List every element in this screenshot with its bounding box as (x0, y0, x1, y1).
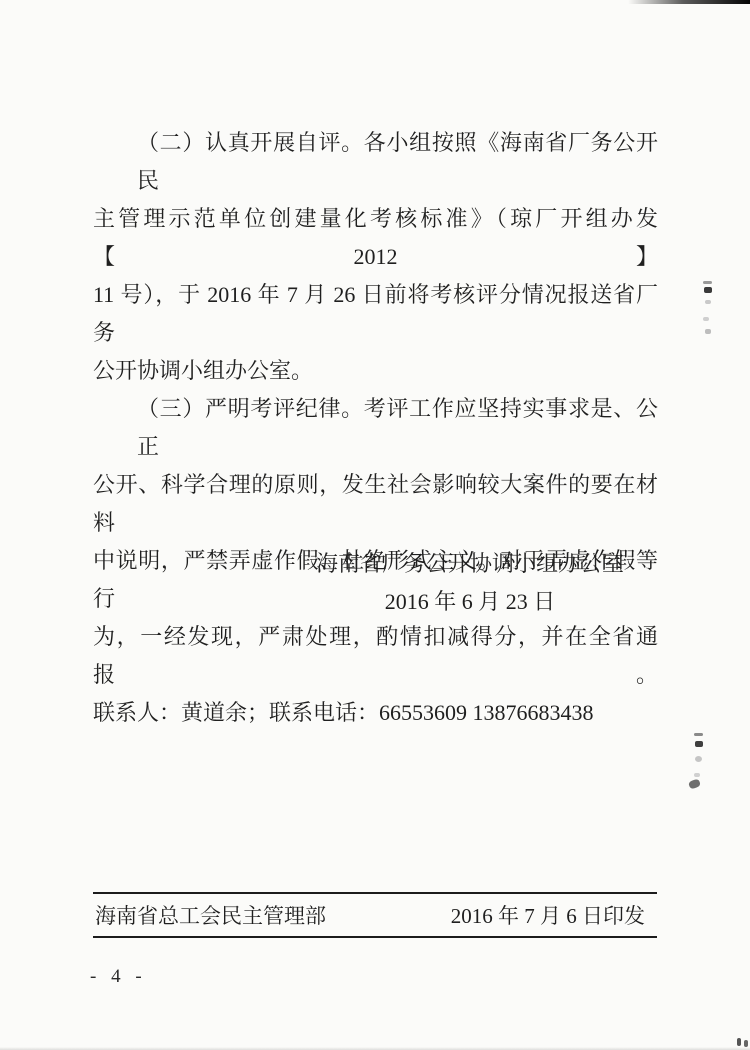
body-line: 公开协调小组办公室。 (93, 352, 658, 390)
scan-edge-top-right (628, 0, 750, 4)
body-line: 11 号），于 2016 年 7 月 26 日前将考核评分情况报送省厂务 (93, 276, 658, 352)
signature-block: 海南省厂务公开协调小组办公室 2016 年 6 月 23 日 (316, 545, 624, 621)
body-line: （三）严明考评纪律。考评工作应坚持实事求是、公正 (93, 390, 658, 466)
footer-colophon: 海南省总工会民主管理部 2016 年 7 月 6 日印发 (93, 892, 657, 938)
scanned-document-page: （二）认真开展自评。各小组按照《海南省厂务公开民 主管理示范单位创建量化考核标准… (0, 0, 750, 1050)
scan-speck (695, 756, 702, 762)
scan-speck (704, 287, 712, 293)
signature-organization: 海南省厂务公开协调小组办公室 (316, 545, 624, 583)
scan-speck (694, 773, 700, 777)
scan-speck (703, 317, 709, 321)
body-line: 主管理示范单位创建量化考核标准》（琼厂开组办发【2012】 (93, 200, 658, 276)
signature-date: 2016 年 6 月 23 日 (316, 583, 624, 621)
scan-speck (705, 329, 711, 334)
footer-print-date: 2016 年 7 月 6 日印发 (451, 900, 657, 930)
contact-line: 联系人：黄道余；联系电话：66553609 13876683438 (93, 694, 658, 732)
body-line: 为，一经发现，严肃处理，酌情扣减得分，并在全省通报。 (93, 618, 658, 694)
page-number: - 4 - (90, 966, 147, 988)
scan-speck (705, 300, 711, 304)
scan-speck (694, 733, 703, 736)
document-body: （二）认真开展自评。各小组按照《海南省厂务公开民 主管理示范单位创建量化考核标准… (93, 124, 658, 732)
footer-issuer: 海南省总工会民主管理部 (93, 900, 326, 930)
scan-speck (744, 1040, 748, 1047)
scan-speck (737, 1038, 741, 1046)
scan-speck (695, 741, 703, 747)
scan-speck (703, 281, 712, 284)
body-line: 公开、科学合理的原则，发生社会影响较大案件的要在材料 (93, 466, 658, 542)
body-line: （二）认真开展自评。各小组按照《海南省厂务公开民 (93, 124, 658, 200)
scan-speck (688, 778, 701, 789)
